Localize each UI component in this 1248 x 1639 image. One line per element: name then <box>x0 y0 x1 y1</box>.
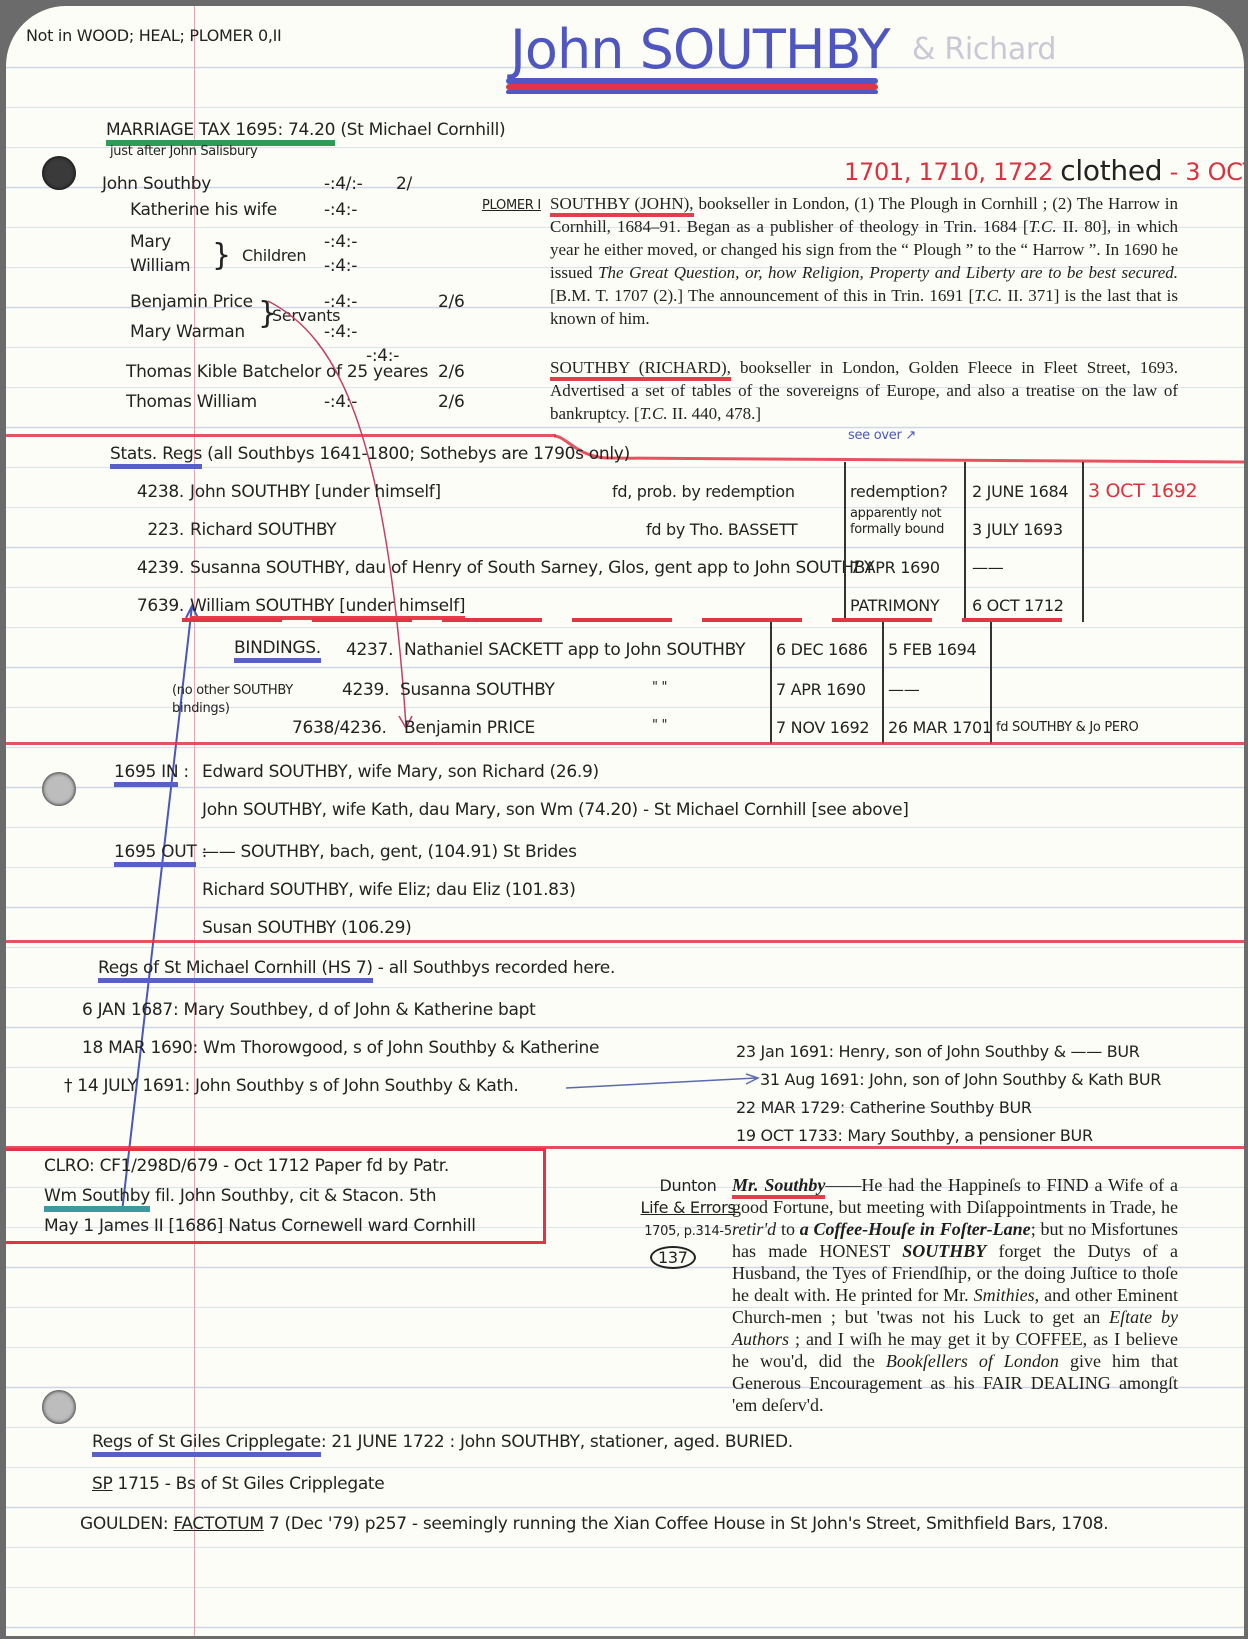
tax-amount: -:4:- <box>324 322 357 342</box>
clro-text: fil. John Southby, cit & Stacon. 5th <box>150 1186 436 1206</box>
burial-entry: 19 OCT 1733: Mary Southby, a pensioner B… <box>736 1126 1093 1145</box>
tax-amount: -:4:- <box>324 392 357 412</box>
census-out-label: 1695 OUT : <box>114 842 207 862</box>
entry-status: redemption? <box>850 482 948 501</box>
extract-italic: retir'd <box>732 1219 776 1239</box>
tax-person-name: William <box>130 256 190 276</box>
extract-italic: a Coffee-Houſe in Foſter-Lane <box>800 1219 1031 1239</box>
column-rule <box>1082 462 1084 622</box>
clothed-years: 1701, 1710, 1722 <box>844 158 1053 186</box>
st-michael-heading: Regs of St Michael Cornhill (HS 7) - all… <box>98 958 615 978</box>
citation: T.C. <box>1029 217 1057 236</box>
binding-start-date: 7 NOV 1692 <box>776 718 869 737</box>
baptism-entry: 18 MAR 1690: Wm Thorowgood, s of John So… <box>82 1038 599 1058</box>
extract-italic: Bookſellers of London <box>886 1351 1059 1371</box>
binding-number: 7638/4236. <box>292 718 387 738</box>
entry-name: Richard SOUTHBY <box>190 520 336 540</box>
entry-note: fd, prob. by redemption <box>612 482 795 501</box>
column-rule <box>770 622 772 744</box>
census-in-label: 1695 IN : <box>114 762 189 782</box>
binding-name: Nathaniel SACKETT app to John SOUTHBY <box>404 640 745 660</box>
dashed-rule <box>182 618 1082 622</box>
dunton-page-badge: 137 <box>650 1246 696 1269</box>
st-michael-note: - all Southbys recorded here. <box>378 958 615 978</box>
punch-hole <box>42 1390 76 1424</box>
entry-status: apparently not formally bound <box>850 506 962 538</box>
citation: T.C. <box>974 286 1002 305</box>
entry-name: SOUTHBY (JOHN), <box>550 194 694 217</box>
clro-line-3: May 1 James II [1686] Natus Cornewell wa… <box>44 1216 476 1236</box>
entry-date: 3 JULY 1693 <box>972 520 1063 539</box>
census-out-entry: —— SOUTHBY, bach, gent, (104.91) St Brid… <box>202 842 577 862</box>
side-date: 3 OCT 1692 <box>1088 480 1197 502</box>
tax-amount: -:4/:- <box>324 174 362 194</box>
entry-name: William SOUTHBY [under himself] <box>190 596 465 620</box>
binding-name: Benjamin PRICE <box>404 718 535 738</box>
dunton-label: Dunton <box>648 1176 728 1195</box>
burial-entry: 22 MAR 1729: Catherine Southby BUR <box>736 1098 1032 1117</box>
marriage-tax-subnote: just after John Salisbury <box>110 144 257 159</box>
children-label: Children <box>242 246 306 265</box>
stats-regs-note: (all Southbys 1641-1800; Sothebys are 17… <box>207 444 630 464</box>
bindings-heading: BINDINGS. <box>234 638 321 658</box>
section-divider <box>6 742 1244 745</box>
tax-amount: -:4:- <box>366 346 399 366</box>
entry-status: 7 APR 1690 <box>850 558 940 577</box>
title-underline <box>506 90 878 94</box>
plomer-source-label: PLOMER I <box>482 198 541 213</box>
column-rule <box>844 462 846 622</box>
binding-number: 4239. <box>342 680 389 700</box>
page-number: 137 <box>650 1246 696 1269</box>
tax-extra: 2/6 <box>438 392 464 412</box>
entry-status: PATRIMONY <box>850 596 939 615</box>
tax-extra: 2/ <box>396 174 412 194</box>
punch-hole <box>42 156 76 190</box>
dunton-citation: 1705, p.314-5 <box>634 1224 742 1239</box>
binding-end-date: 26 MAR 1701 <box>888 718 992 737</box>
section-divider <box>6 434 556 437</box>
dunton-extract: Mr. Southby——He had the Happineſs to FIN… <box>732 1174 1178 1416</box>
page-title: John SOUTHBY <box>510 18 890 81</box>
bindings-side-note: (no other SOUTHBY bindings) <box>172 682 302 718</box>
clothed-date: - 3 OCT 1692 <box>1170 158 1244 186</box>
st-giles-title: Regs of St Giles Cripplegate <box>92 1432 321 1457</box>
census-out-entry: Susan SOUTHBY (106.29) <box>202 918 411 938</box>
clro-line-1: CLRO: CF1/298D/679 - Oct 1712 Paper fd b… <box>44 1156 449 1176</box>
census-out-title: 1695 OUT <box>114 842 196 867</box>
clothed-note: 1701, 1710, 1722 clothed - 3 OCT 1692 <box>844 154 1244 187</box>
tax-amount: -:4:- <box>324 232 357 252</box>
tax-amount: -:4:- <box>324 256 357 276</box>
tax-amount: -:4:- <box>324 200 357 220</box>
entry-number: 223. <box>118 520 184 540</box>
entry-number: 4239. <box>118 558 184 578</box>
tax-person-name: Mary Warman <box>130 322 245 342</box>
entry-date: 2 JUNE 1684 <box>972 482 1068 501</box>
bindings-title: BINDINGS. <box>234 638 321 663</box>
marriage-tax-heading: MARRIAGE TAX 1695: 74.20 (St Michael Cor… <box>106 120 505 140</box>
tax-person-name: Thomas William <box>126 392 257 412</box>
plomer-entry-john: SOUTHBY (JOHN), bookseller in London, (1… <box>550 192 1178 330</box>
goulden-text: 7 (Dec '79) p257 - seemingly running the… <box>264 1514 1109 1534</box>
column-rule <box>882 622 884 744</box>
tax-person-name: John Southby <box>102 174 211 194</box>
clro-name: Wm Southby <box>44 1186 150 1212</box>
marriage-tax-title: MARRIAGE TAX 1695: 74.20 <box>106 120 335 146</box>
baptism-entry: 6 JAN 1687: Mary Southbey, d of John & K… <box>82 1000 535 1020</box>
column-rule <box>990 622 992 744</box>
tax-person-name: Mary <box>130 232 171 252</box>
goulden-label: GOULDEN: <box>80 1514 168 1534</box>
ditto-marks: " " <box>652 680 667 695</box>
clothed-label: clothed <box>1060 154 1162 187</box>
plomer-entry-richard: SOUTHBY (RICHARD), bookseller in London,… <box>550 356 1178 425</box>
column-rule <box>964 462 966 622</box>
notebook-page: Not in WOOD; HEAL; PLOMER 0,II John SOUT… <box>6 6 1244 1636</box>
extract-lead: Mr. Southby <box>732 1175 825 1199</box>
entry-name: John SOUTHBY [under himself] <box>190 482 441 502</box>
tax-extra: 2/6 <box>438 292 464 312</box>
census-in-entry: Edward SOUTHBY, wife Mary, son Richard (… <box>202 762 599 782</box>
st-giles-entry: Regs of St Giles Cripplegate: 21 JUNE 17… <box>92 1432 793 1452</box>
marriage-tax-parish: (St Michael Cornhill) <box>340 120 505 140</box>
tax-extra: 2/6 <box>438 362 464 382</box>
entry-number: 4238. <box>118 482 184 502</box>
tax-person-name: Katherine his wife <box>130 200 277 220</box>
entry-number: 7639. <box>118 596 184 616</box>
clro-line-2: Wm Southby fil. John Southby, cit & Stac… <box>44 1186 436 1206</box>
burial-entry: 23 Jan 1691: Henry, son of John Southby … <box>736 1042 1140 1061</box>
entry-note: fd by Tho. BASSETT <box>646 520 797 539</box>
extract-text: to <box>776 1219 800 1239</box>
entry-text: II. 440, 478.] <box>668 404 761 423</box>
binding-start-date: 6 DEC 1686 <box>776 640 868 659</box>
citation: T.C. <box>640 404 668 423</box>
binding-end-date: 5 FEB 1694 <box>888 640 976 659</box>
brace: } <box>212 238 231 273</box>
section-divider <box>6 940 1244 943</box>
book-title: The Great Question, or, how Religion, Pr… <box>598 263 1178 282</box>
census-out-entry: Richard SOUTHBY, wife Eliz; dau Eliz (10… <box>202 880 576 900</box>
st-michael-title: Regs of St Michael Cornhill (HS 7) <box>98 958 373 983</box>
stats-regs-title: Stats. Regs <box>110 444 202 469</box>
entry-date: —— <box>972 558 1003 577</box>
st-giles-text: : 21 JUNE 1722 : John SOUTHBY, stationer… <box>321 1432 793 1452</box>
census-in-title: 1695 IN <box>114 762 178 787</box>
stats-regs-heading: Stats. Regs (all Southbys 1641-1800; Sot… <box>110 444 630 464</box>
sp-entry: SP 1715 - Bs of St Giles Cripplegate <box>92 1474 384 1494</box>
title-aside: & Richard <box>912 32 1056 67</box>
see-over-note: see over ↗ <box>848 428 916 443</box>
binding-note: fd SOUTHBY & Jo PERO <box>996 720 1138 735</box>
binding-name: Susanna SOUTHBY <box>400 680 555 700</box>
census-in-entry: John SOUTHBY, wife Kath, dau Mary, son W… <box>202 800 909 820</box>
entry-name: Susanna SOUTHBY, dau of Henry of South S… <box>190 558 874 578</box>
binding-start-date: 7 APR 1690 <box>776 680 866 699</box>
dunton-work: Life & Errors <box>636 1198 740 1217</box>
baptism-entry: † 14 JULY 1691: John Southby s of John S… <box>64 1076 518 1096</box>
entry-text: [B.M. T. 1707 (2).] The announcement of … <box>550 286 974 305</box>
ditto-marks: " " <box>652 718 667 733</box>
extract-italic: SOUTHBY <box>902 1241 986 1261</box>
margin-line <box>194 6 195 1636</box>
entry-date: 6 OCT 1712 <box>972 596 1064 615</box>
goulden-entry: GOULDEN: FACTOTUM 7 (Dec '79) p257 - see… <box>80 1514 1108 1534</box>
sp-label: SP <box>92 1474 112 1494</box>
sp-text: 1715 - Bs of St Giles Cripplegate <box>112 1474 384 1494</box>
binding-number: 4237. <box>346 640 393 660</box>
punch-hole <box>42 772 76 806</box>
tax-person-name: Benjamin Price <box>130 292 253 312</box>
burial-entry: 31 Aug 1691: John, son of John Southby &… <box>760 1070 1161 1089</box>
entry-name: SOUTHBY (RICHARD), <box>550 358 731 381</box>
binding-end-date: —— <box>888 680 919 699</box>
servants-label: Servants <box>272 306 340 325</box>
source-note: Not in WOOD; HEAL; PLOMER 0,II <box>26 26 281 45</box>
goulden-journal: FACTOTUM <box>173 1514 263 1534</box>
extract-italic: Smithies <box>974 1285 1035 1305</box>
